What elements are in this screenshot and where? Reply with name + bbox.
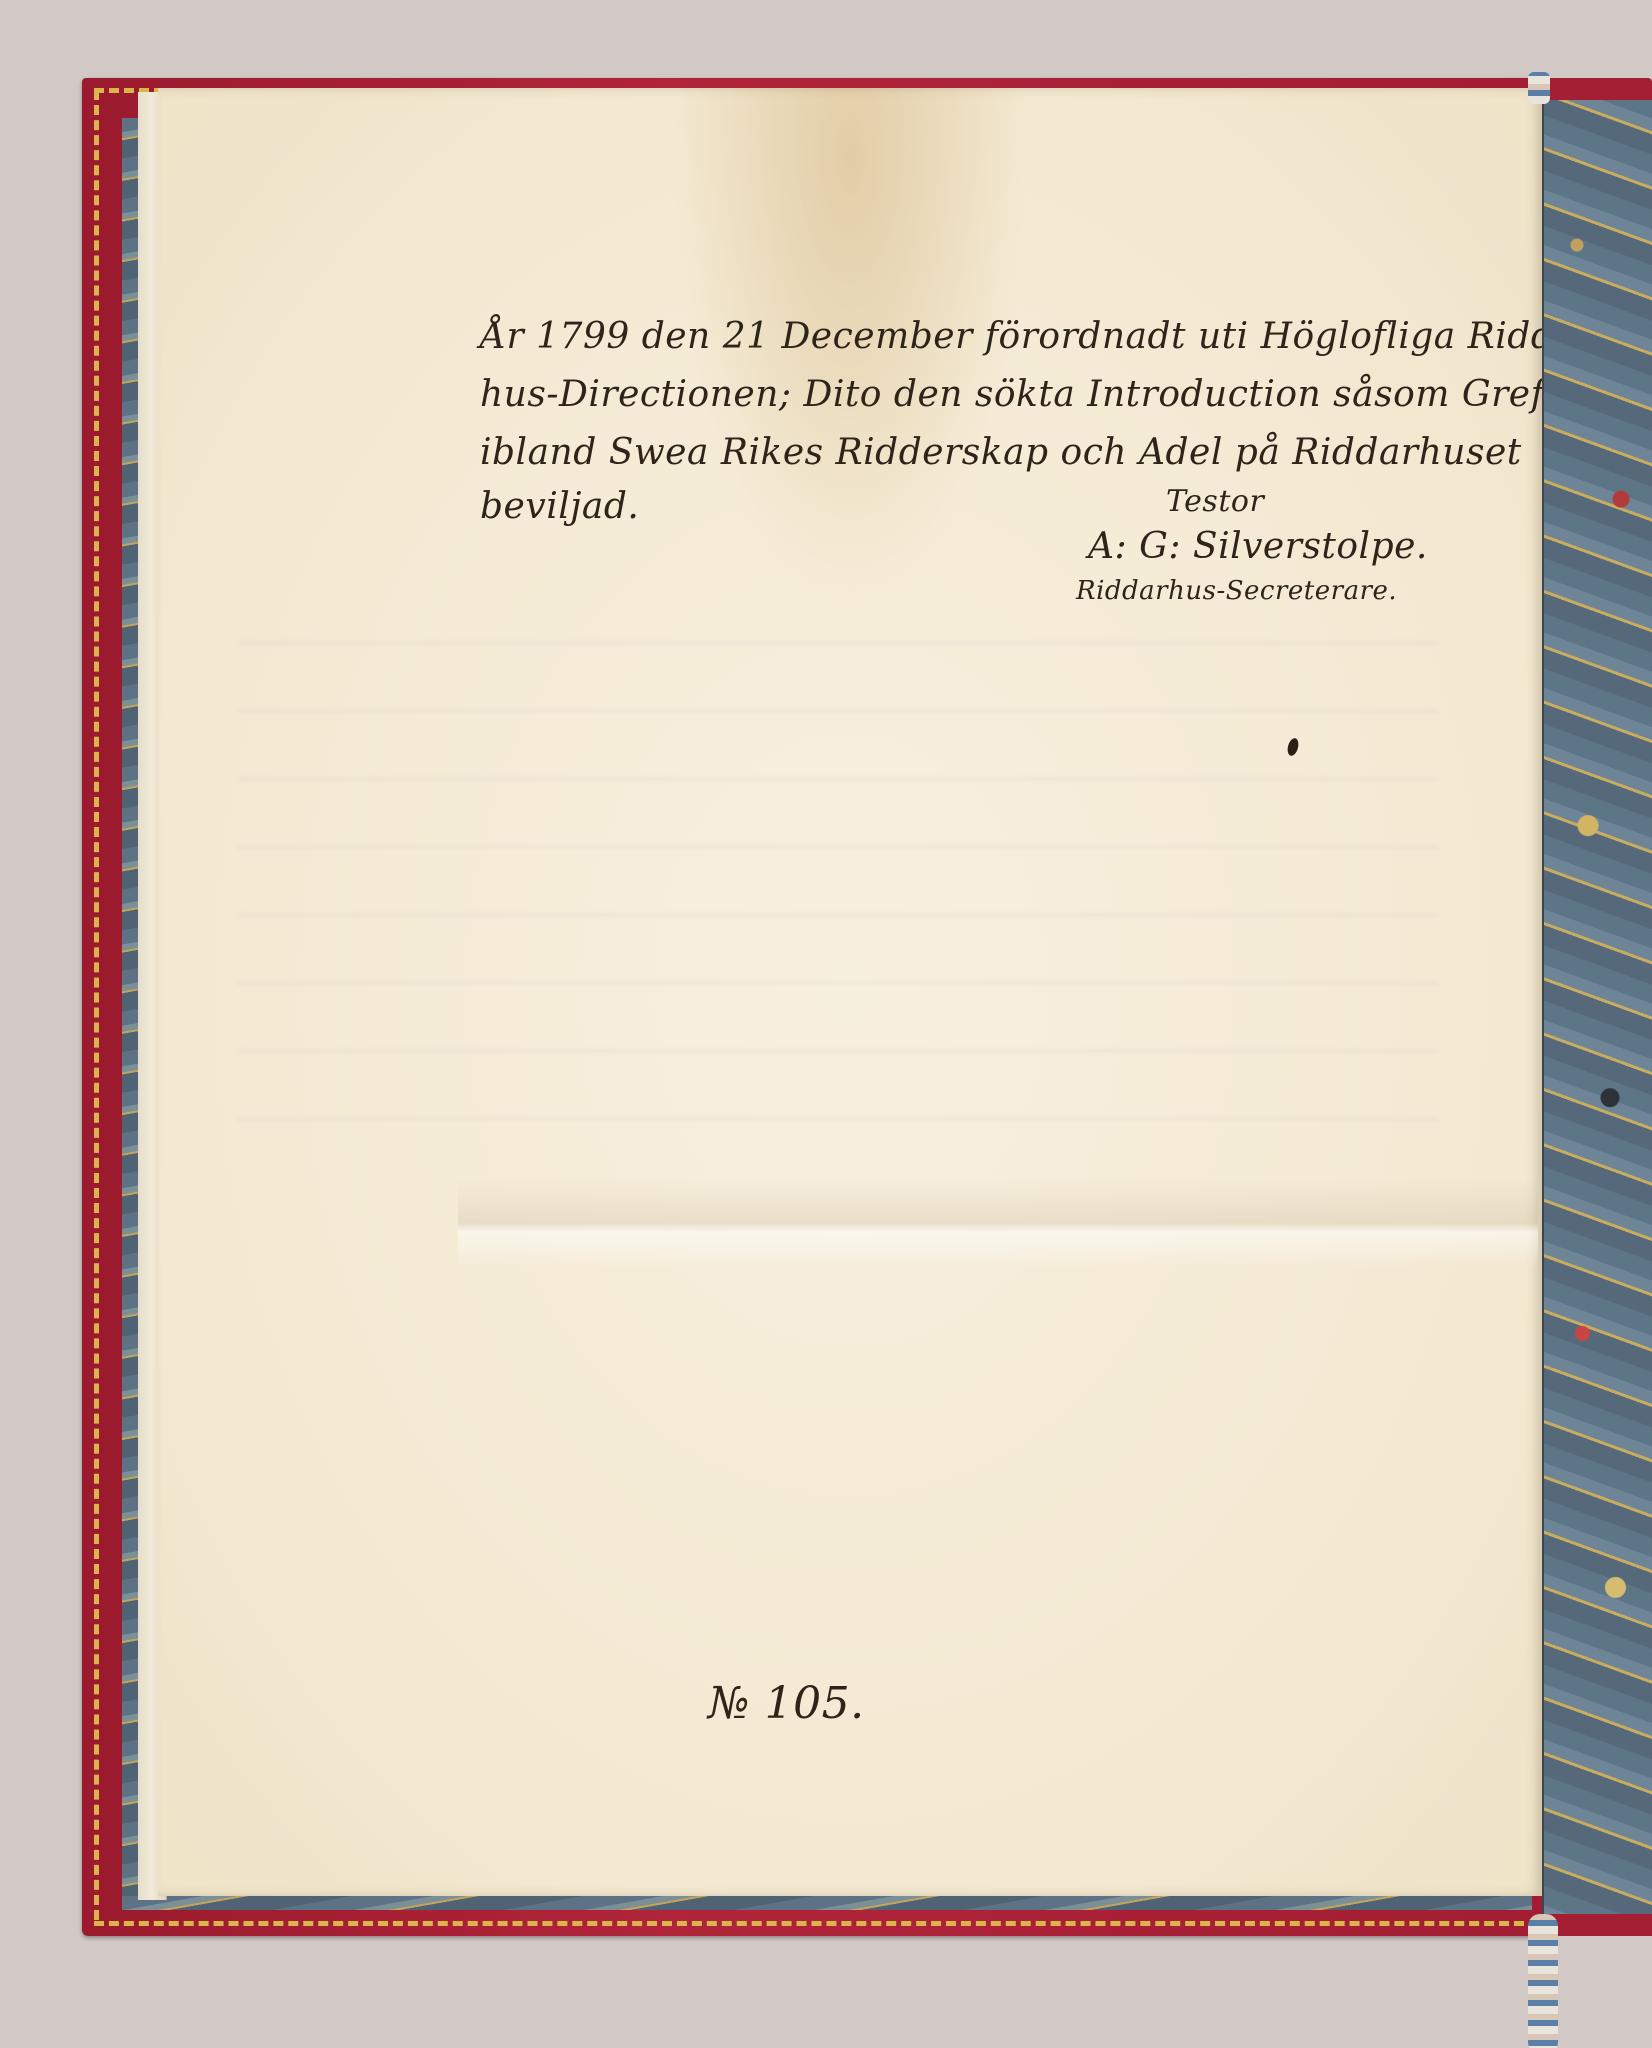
inner-board [1542, 78, 1652, 1936]
entry-line-3: ibland Swea Rikes Ridderskap och Adel på… [480, 432, 1522, 473]
entry-line-2: hus-Directionen; Dito den sökta Introduc… [480, 374, 1605, 415]
board-edge-top [1542, 78, 1652, 100]
bound-volume: År 1799 den 21 December förordnadt uti H… [82, 78, 1652, 1936]
signer-title: Riddarhus-Secreterare. [1076, 576, 1397, 606]
gilt-border-bottom [94, 1913, 1524, 1926]
signer-signature: A: G: Silverstolpe. [1088, 526, 1428, 567]
headband-top [1528, 72, 1550, 104]
marbled-pastedown-bottom [122, 1896, 1532, 1910]
reverse-side-showthrough [238, 598, 1438, 1178]
testor-label: Testor [1166, 484, 1264, 519]
paper-crease [458, 1178, 1538, 1268]
gilt-border-left [94, 90, 109, 1920]
page-number: № 105. [708, 1678, 865, 1729]
board-edge-bottom [1542, 1914, 1652, 1936]
manuscript-page: År 1799 den 21 December förordnadt uti H… [158, 88, 1542, 1896]
entry-line-4: beviljad. [480, 486, 639, 527]
entry-line-1: År 1799 den 21 December förordnadt uti H… [480, 316, 1607, 357]
bookmark-tassel [1528, 1914, 1558, 2048]
marbled-endpaper [1542, 100, 1652, 1914]
red-leather-cover: År 1799 den 21 December förordnadt uti H… [82, 78, 1542, 1936]
